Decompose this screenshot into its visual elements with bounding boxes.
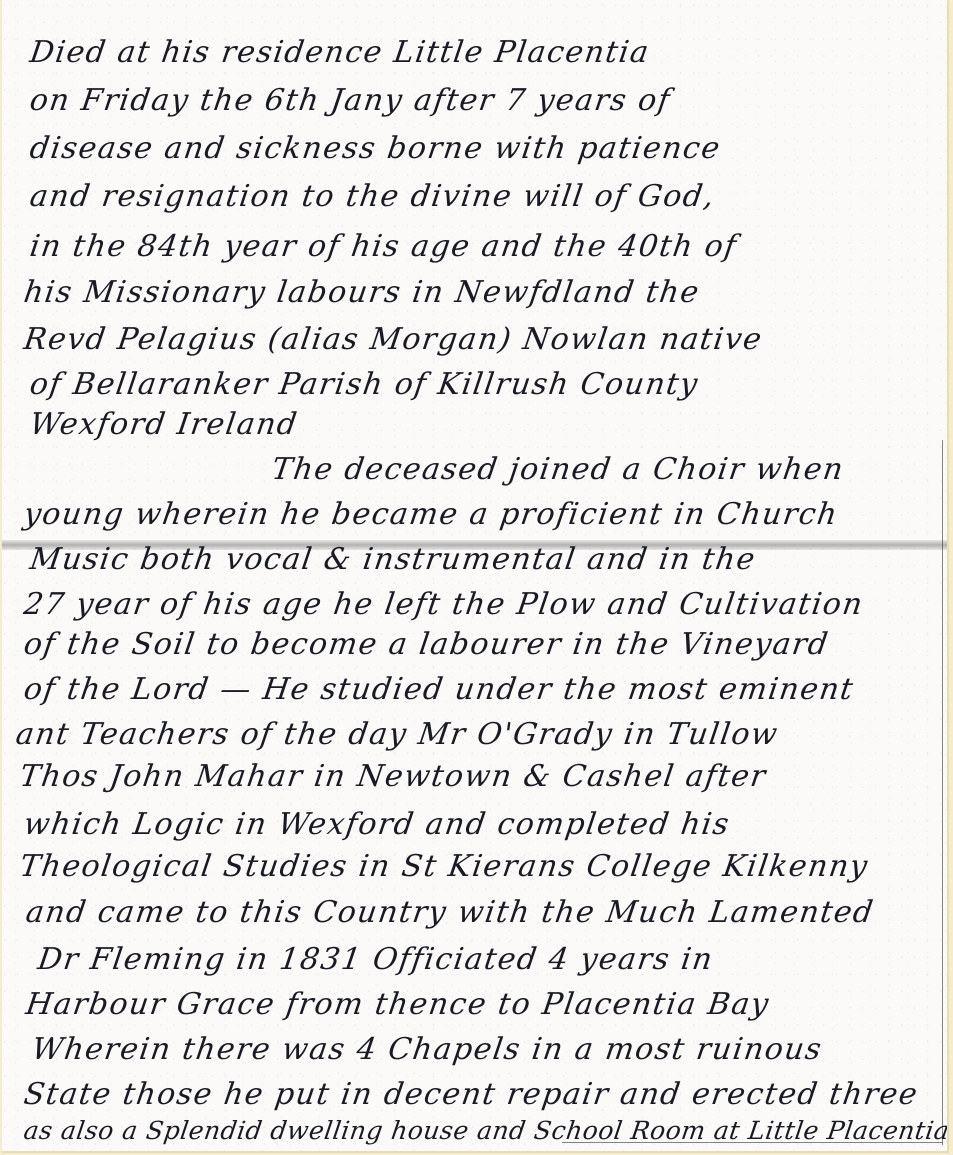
text-line-15: of the Lord — He studied under the most … xyxy=(22,675,856,705)
text-line-24: State those he put in decent repair and … xyxy=(22,1080,920,1110)
text-line-25: as also a Splendid dwelling house and Sc… xyxy=(22,1118,949,1143)
text-line-2: on Friday the 6th Jany after 7 years of xyxy=(28,86,673,116)
text-line-17: Thos John Mahar in Newtown & Cashel afte… xyxy=(18,762,769,792)
text-line-5: in the 84th year of his age and the 40th… xyxy=(28,232,739,262)
text-line-3: disease and sickness borne with patience xyxy=(28,134,723,164)
text-line-11: young wherein he became a proficient in … xyxy=(22,500,840,530)
text-line-23: Wherein there was 4 Chapels in a most ru… xyxy=(30,1035,824,1065)
text-line-18: which Logic in Wexford and completed his xyxy=(22,810,732,840)
text-line-4: and resignation to the divine will of Go… xyxy=(28,182,717,212)
text-line-13: 27 year of his age he left the Plow and … xyxy=(22,590,866,620)
text-line-16: ant Teachers of the day Mr O'Grady in Tu… xyxy=(14,720,780,750)
text-line-14: of the Soil to become a labourer in the … xyxy=(22,630,831,660)
text-line-19: Theological Studies in St Kierans Colleg… xyxy=(18,852,870,882)
manuscript-page: Died at his residence Little Placentia o… xyxy=(2,0,949,1153)
text-line-8: of Bellaranker Parish of Killrush County xyxy=(28,370,701,400)
text-line-6: his Missionary labours in Newfdland the xyxy=(22,278,702,308)
text-line-10: The deceased joined a Choir when xyxy=(270,455,846,485)
page-edge-line xyxy=(942,440,943,1145)
text-line-9: Wexford Ireland xyxy=(28,410,300,440)
text-line-21: Dr Fleming in 1831 Officiated 4 years in xyxy=(36,945,715,975)
text-line-20: and came to this Country with the Much L… xyxy=(24,898,876,928)
text-line-12: Music both vocal & instrumental and in t… xyxy=(28,545,758,575)
text-line-7: Revd Pelagius (alias Morgan) Nowlan nati… xyxy=(22,325,765,355)
text-line-22: Harbour Grace from thence to Placentia B… xyxy=(24,990,772,1020)
text-line-1: Died at his residence Little Placentia xyxy=(28,38,652,68)
